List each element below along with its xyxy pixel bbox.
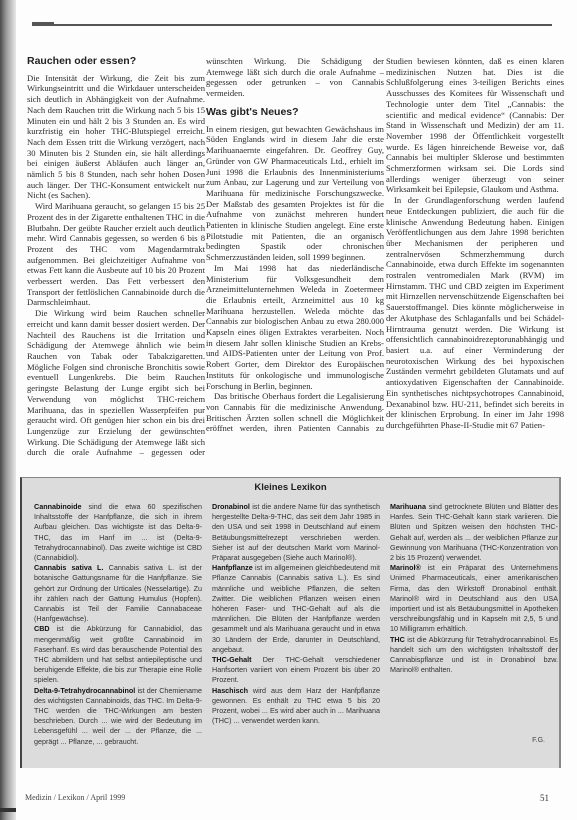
lexikon-column-3: Marihuana sind getrocknete Blüten und Bl… bbox=[390, 502, 558, 675]
lexikon-term: Delta-9-Tetrahydrocannabinol bbox=[34, 686, 135, 695]
continuation-text: Studien bewiesen könnten, daß es einen k… bbox=[386, 56, 564, 194]
lexikon-definition: ist ein Präparat des Unternehmens Unimed… bbox=[390, 563, 558, 633]
article-column-3: Studien bewiesen könnten, daß es einen k… bbox=[386, 56, 564, 461]
paragraph: Das britische Oberhaus fordert die Legal… bbox=[206, 391, 384, 434]
lexikon-term: CBD bbox=[34, 624, 50, 633]
lexikon-definition: sind die etwa 60 spezifischen Inhaltssto… bbox=[34, 502, 202, 562]
article-column-2: wünschten Wirkung. Die Schädigung der At… bbox=[206, 56, 384, 434]
paragraph: Die Intensität der Wirkung, die Zeit bis… bbox=[27, 73, 205, 201]
lexikon-term: Haschisch bbox=[212, 686, 248, 695]
paragraph-continuation: wünschten Wirkung. Die Schädigung der At… bbox=[206, 56, 384, 99]
lexikon-term: Cannabinoide bbox=[34, 502, 82, 511]
paragraph-text: Das britische Oberhaus fordert die Legal… bbox=[206, 391, 384, 434]
lexikon-term: Hanfpflanze bbox=[212, 563, 253, 572]
scan-corner-mark bbox=[0, 808, 16, 812]
section-heading-rauchen: Rauchen oder essen? bbox=[27, 56, 205, 67]
lexikon-entry: CBD ist die Abkürzung für Cannabidiol, d… bbox=[34, 624, 202, 685]
section-heading-neues: Was gibt's Neues? bbox=[206, 107, 384, 118]
lexikon-term: Marihuana bbox=[390, 502, 426, 511]
lexikon-entry: Cannabis sativa L. Cannabis sativa L. is… bbox=[34, 563, 202, 624]
lexikon-definition: ist die Abkürzung für Cannabidiol, das m… bbox=[34, 624, 202, 684]
lexikon-term: THC bbox=[390, 635, 405, 644]
header-rule bbox=[32, 24, 552, 26]
lexikon-entry: THC-Gehalt Der THC-Gehalt verschiedener … bbox=[212, 655, 380, 686]
lexikon-entry: Dronabinol ist die andere Name für das s… bbox=[212, 502, 380, 563]
page-number: 51 bbox=[540, 793, 549, 803]
footer-publication: Medizin / Lexikon / April 1999 bbox=[25, 793, 125, 802]
paragraph: Die Wirkung wird beim Rauchen schneller … bbox=[27, 308, 205, 458]
scan-binding-edge bbox=[0, 0, 16, 820]
paragraph: In der Grundlagenforschung werden laufen… bbox=[386, 195, 564, 430]
lexikon-term: Marinol® bbox=[390, 563, 421, 572]
lexikon-entry: THC ist die Abkürzung für Tetrahydrocann… bbox=[390, 635, 558, 676]
lexikon-definition: sind getrocknete Blüten und Blätter des … bbox=[390, 502, 558, 562]
lexikon-definition: ist im allgemeinen gleichbedeutend mit P… bbox=[212, 563, 380, 654]
lexikon-term: Dronabinol bbox=[212, 502, 250, 511]
lexikon-entry: Hanfpflanze ist im allgemeinen gleichbed… bbox=[212, 563, 380, 655]
paragraph: Im Mai 1998 hat das niederländische Mini… bbox=[206, 263, 384, 391]
lexikon-entry: Delta-9-Tetrahydrocannabinol ist der Che… bbox=[34, 686, 202, 747]
lexikon-entry: Marihuana sind getrocknete Blüten und Bl… bbox=[390, 502, 558, 563]
paragraph: In einem riesigen, gut bewachten Gewächs… bbox=[206, 124, 384, 263]
lexikon-entry: Marinol® ist ein Präparat des Unternehme… bbox=[390, 563, 558, 634]
lexikon-entry: Haschisch wird aus dem Harz der Hanfpfla… bbox=[212, 686, 380, 727]
lexikon-column-2: Dronabinol ist die andere Name für das s… bbox=[212, 502, 380, 726]
continuation-text: wünschten Wirkung. Die Schädigung der At… bbox=[206, 56, 384, 98]
lexikon-definition: ist die Abkürzung für Tetrahydrocannabin… bbox=[390, 635, 558, 675]
article-column-1: Rauchen oder essen? Die Intensität der W… bbox=[27, 56, 205, 458]
lexikon-entry: Cannabinoide sind die etwa 60 spezifisch… bbox=[34, 502, 202, 563]
paragraph-continuation: Studien bewiesen könnten, daß es einen k… bbox=[386, 56, 564, 195]
lexikon-term: Cannabis sativa L. bbox=[34, 563, 103, 572]
lexikon-title: Kleines Lexikon bbox=[22, 482, 559, 493]
lexikon-definition: Cannabis sativa L. ist der botanische Ga… bbox=[34, 563, 202, 623]
lexikon-box: Kleines Lexikon Cannabinoide sind die et… bbox=[20, 477, 561, 768]
lexikon-term: THC-Gehalt bbox=[212, 655, 252, 664]
lexikon-definition: ist die andere Name für das synthetisch … bbox=[212, 502, 380, 562]
lexikon-column-1: Cannabinoide sind die etwa 60 spezifisch… bbox=[34, 502, 202, 747]
paragraph: Wird Marihuana geraucht, so gelangen 15 … bbox=[27, 201, 205, 308]
lexikon-author-initials: F.G. bbox=[532, 737, 545, 744]
